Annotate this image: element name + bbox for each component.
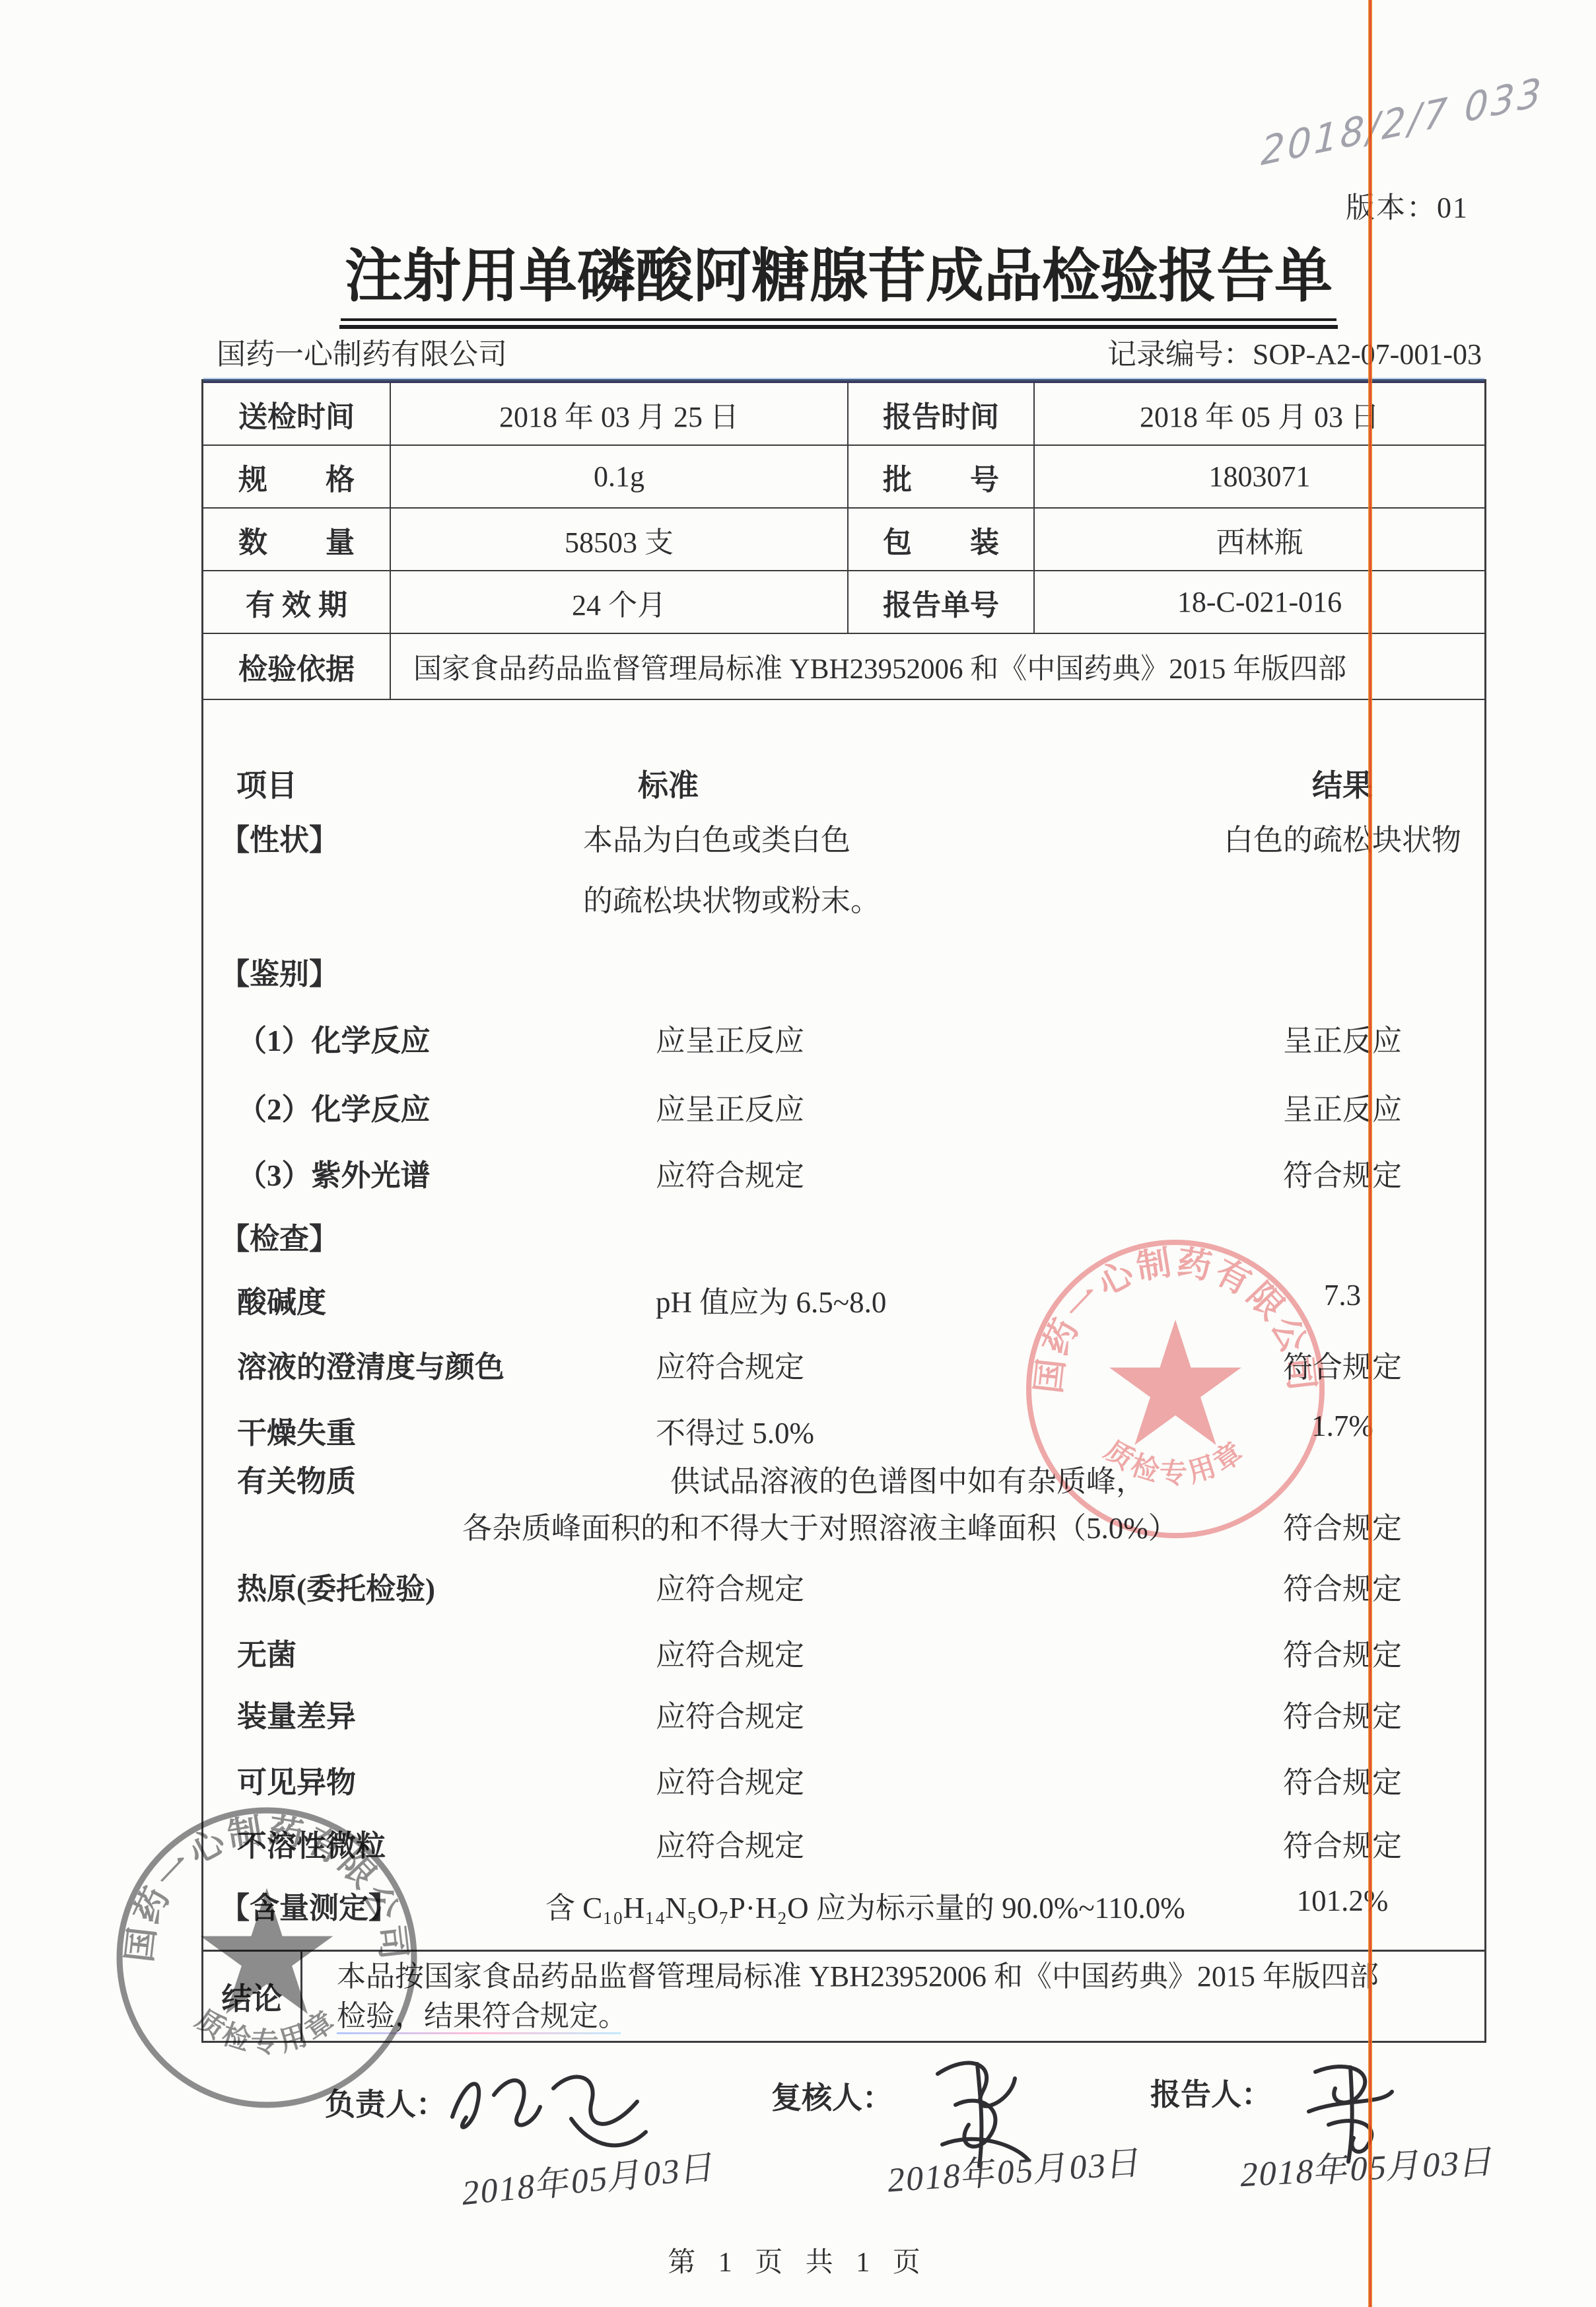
item-label: 热原(委托检验) — [237, 1565, 435, 1608]
item-label: 可见异物 — [237, 1758, 356, 1801]
conclusion-line1: 本品按国家食品药品监督管理局标准 YBH23952006 和《中国药典》2015… — [337, 1957, 1484, 1997]
svg-text:质检专用章: 质检专用章 — [190, 2003, 343, 2058]
reviewer-label: 复核人： — [771, 2074, 893, 2117]
info-value: 58503 支 — [391, 509, 849, 571]
item-label: 溶液的澄清度与颜色 — [237, 1343, 504, 1386]
info-value: 0.1g — [391, 446, 849, 509]
report-frame: 送检时间 2018 年 03 月 25 日 报告时间 2018 年 05 月 0… — [201, 379, 1486, 2043]
item-standard: 应符合规定 — [656, 1822, 804, 1864]
item-standard: 应符合规定 — [656, 1565, 804, 1608]
item-row: 【性状】 本品为白色或类白色 白色的疏松块状物 — [203, 816, 1488, 855]
item-result: 呈正反应 — [1210, 1016, 1475, 1059]
section-label: 【检查】 — [220, 1215, 339, 1258]
item-standard: 应符合规定 — [656, 1758, 804, 1801]
item-result: 符合规定 — [1210, 1692, 1475, 1735]
item-row: 可见异物 应符合规定 符合规定 — [203, 1758, 1488, 1798]
item-standard: 应呈正反应 — [656, 1016, 804, 1059]
item-row: （1）化学反应 应呈正反应 呈正反应 — [203, 1016, 1488, 1056]
item-label: （3）紫外光谱 — [237, 1151, 431, 1194]
item-label: 【性状】 — [220, 816, 339, 859]
item-standard: 应符合规定 — [656, 1692, 804, 1735]
section-row: 【鉴别】 — [203, 950, 1488, 989]
item-label: 无菌 — [237, 1631, 296, 1674]
info-label: 报告时间 — [849, 383, 1035, 446]
pencil-annotation: 2018/2/7 033 — [1261, 68, 1545, 174]
item-label: （2）化学反应 — [237, 1085, 431, 1128]
item-standard: 不得过 5.0% — [656, 1409, 814, 1452]
item-standard: 含 C₁₀H₁₄N₅O₇P·H₂O 应为标示量的 90.0%~110.0% — [545, 1884, 1185, 1927]
item-row: 无菌 应符合规定 符合规定 — [203, 1631, 1488, 1670]
item-standard: 应符合规定 — [656, 1631, 804, 1674]
page-footer: 第 1 页 共 1 页 — [0, 2240, 1596, 2280]
svg-text:质检专用章: 质检专用章 — [1099, 1435, 1251, 1489]
item-row: （2）化学反应 应呈正反应 呈正反应 — [203, 1085, 1488, 1125]
info-value: 18-C-021-016 — [1035, 571, 1484, 634]
item-label: 酸碱度 — [237, 1278, 326, 1321]
item-row: 装量差异 应符合规定 符合规定 — [203, 1692, 1488, 1732]
info-label: 送检时间 — [203, 383, 391, 446]
company-name: 国药一心制药有限公司 — [217, 330, 507, 373]
page-title: 注射用单磷酸阿糖腺苷成品检验报告单 — [341, 230, 1336, 321]
conclusion-line2: 检验，结果符合规定。 — [337, 1997, 1484, 2036]
info-value: 2018 年 03 月 25 日 — [391, 383, 849, 446]
info-table: 送检时间 2018 年 03 月 25 日 报告时间 2018 年 05 月 0… — [203, 381, 1484, 700]
item-standard: pH 值应为 6.5~8.0 — [656, 1278, 886, 1321]
item-label: 装量差异 — [237, 1692, 356, 1735]
item-label: （1）化学反应 — [237, 1016, 431, 1059]
record-number: 记录编号：SOP-A2-07-001-03 — [1057, 330, 1482, 373]
red-company-stamp: 国药一心制药有限公司 质检专用章 — [1020, 1234, 1331, 1547]
item-result: 101.2% — [1210, 1884, 1475, 1918]
stamp-subtitle-arc: 质检专用章 — [1099, 1435, 1251, 1489]
info-value: 西林瓶 — [1035, 509, 1484, 571]
col-item: 项目 — [236, 762, 297, 805]
basis-label: 检验依据 — [203, 634, 391, 700]
stamp-star-icon — [1109, 1320, 1241, 1445]
black-company-stamp: 国药一心制药有限公司 质检专用章 — [111, 1802, 423, 2117]
item-row-cont: 的疏松块状物或粉末。 — [203, 876, 1488, 916]
item-result: 符合规定 — [1210, 1631, 1475, 1674]
info-label: 报告单号 — [849, 571, 1035, 634]
item-result: 白色的疏松块状物 — [1210, 816, 1475, 859]
item-label: 有关物质 — [237, 1457, 356, 1500]
item-result: 符合规定 — [1210, 1565, 1475, 1608]
col-result: 结果 — [1210, 762, 1475, 805]
basis-value: 国家食品药品监督管理局标准 YBH23952006 和《中国药典》2015 年版… — [391, 634, 1484, 700]
info-label: 有 效 期 — [203, 571, 391, 634]
reporter-label: 报告人： — [1150, 2071, 1272, 2114]
items-header-row: 项目 标准 结果 — [203, 762, 1488, 801]
info-label: 规 格 — [203, 446, 391, 509]
scan-artifact-line — [1368, 0, 1372, 2307]
info-value: 24 个月 — [391, 571, 849, 634]
conclusion-body: 本品按国家食品药品监督管理局标准 YBH23952006 和《中国药典》2015… — [302, 1952, 1484, 2041]
version-label: 版本：01 — [1346, 184, 1469, 226]
item-row: 热原(委托检验) 应符合规定 符合规定 — [203, 1565, 1488, 1604]
item-standard: 应符合规定 — [656, 1343, 804, 1386]
item-result: 符合规定 — [1210, 1151, 1475, 1194]
scanned-report-page: 2018/2/7 033 版本：01 注射用单磷酸阿糖腺苷成品检验报告单 国药一… — [0, 0, 1596, 2307]
info-value: 2018 年 05 月 03 日 — [1035, 383, 1484, 446]
item-label: 干燥失重 — [237, 1409, 356, 1452]
info-label: 批 号 — [849, 446, 1035, 509]
item-result: 呈正反应 — [1210, 1085, 1475, 1128]
item-standard-line2: 的疏松块状物或粉末。 — [583, 876, 880, 919]
section-label: 【鉴别】 — [220, 950, 339, 993]
item-result: 符合规定 — [1210, 1822, 1475, 1864]
item-standard: 本品为白色或类白色 — [583, 816, 850, 859]
info-label: 包 装 — [849, 509, 1035, 571]
col-standard: 标准 — [638, 762, 699, 805]
item-result: 符合规定 — [1210, 1758, 1475, 1801]
item-standard: 应符合规定 — [656, 1151, 804, 1194]
item-row: （3）紫外光谱 应符合规定 符合规定 — [203, 1151, 1488, 1191]
info-value: 1803071 — [1035, 446, 1484, 509]
stamp-star-icon — [201, 1888, 333, 2014]
stamp-subtitle-arc: 质检专用章 — [190, 2003, 343, 2058]
item-standard: 应呈正反应 — [656, 1085, 804, 1128]
info-label: 数 量 — [203, 509, 391, 571]
